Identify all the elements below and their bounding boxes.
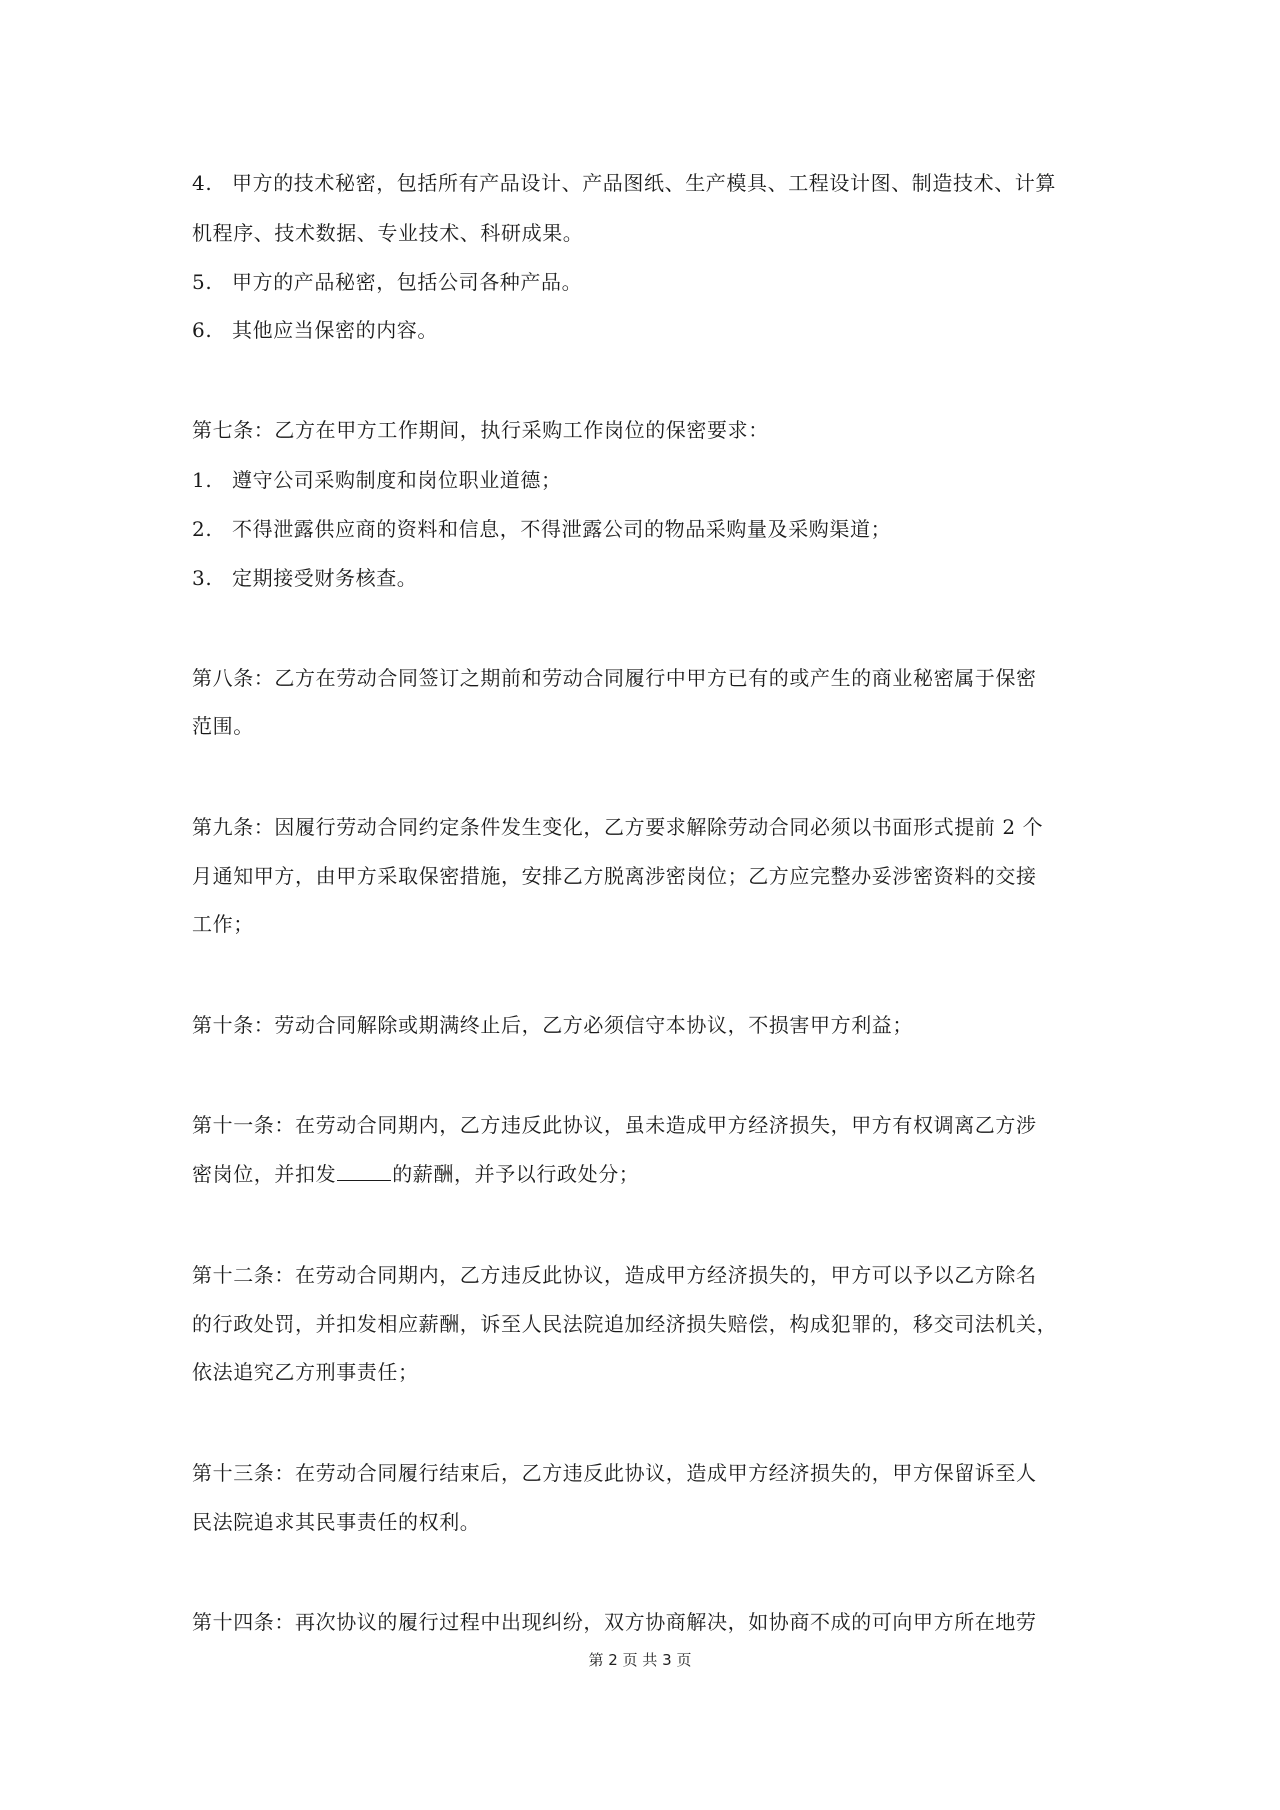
list-item-4-line-1: 4.甲方的技术秘密，包括所有产品设计、产品图纸、生产模具、工程设计图、制造技术、… xyxy=(192,168,1092,198)
list-number: 6. xyxy=(192,315,232,345)
article-11-line-2: 密岗位，并扣发的薪酬，并予以行政处分； xyxy=(192,1159,1092,1189)
list-text: 其他应当保密的内容。 xyxy=(232,318,438,342)
list-number: 3. xyxy=(192,563,232,593)
article-11-text-after-blank: 的薪酬，并予以行政处分； xyxy=(392,1162,639,1186)
list-text: 甲方的技术秘密，包括所有产品设计、产品图纸、生产模具、工程设计图、制造技术、计算 xyxy=(232,171,1056,195)
list-item-4-line-2: 机程序、技术数据、专业技术、科研成果。 xyxy=(192,218,1092,248)
article-13-line-2: 民法院追求其民事责任的权利。 xyxy=(192,1507,1092,1537)
list-text: 甲方的产品秘密，包括公司各种产品。 xyxy=(232,270,582,294)
page-number-footer: 第 2 页 共 3 页 xyxy=(0,1648,1280,1672)
article-9-line-2: 月通知甲方，由甲方采取保密措施，安排乙方脱离涉密岗位；乙方应完整办妥涉密资料的交… xyxy=(192,861,1092,891)
article-7-item-1: 1.遵守公司采购制度和岗位职业道德； xyxy=(192,465,1092,495)
article-11-text-before-blank: 密岗位，并扣发 xyxy=(192,1162,336,1186)
article-7-heading: 第七条：乙方在甲方工作期间，执行采购工作岗位的保密要求： xyxy=(192,415,1092,445)
article-8-line-2: 范围。 xyxy=(192,711,1092,741)
document-page: 4.甲方的技术秘密，包括所有产品设计、产品图纸、生产模具、工程设计图、制造技术、… xyxy=(0,0,1280,1810)
list-number: 4. xyxy=(192,168,232,198)
article-10-line-1: 第十条：劳动合同解除或期满终止后，乙方必须信守本协议，不损害甲方利益； xyxy=(192,1010,1092,1040)
list-item-6: 6.其他应当保密的内容。 xyxy=(192,315,1092,345)
list-number: 2. xyxy=(192,514,232,544)
article-9-line-3: 工作； xyxy=(192,909,1092,939)
article-9-line-1: 第九条：因履行劳动合同约定条件发生变化，乙方要求解除劳动合同必须以书面形式提前 … xyxy=(192,812,1092,842)
article-14-line-1: 第十四条：再次协议的履行过程中出现纠纷，双方协商解决，如协商不成的可向甲方所在地… xyxy=(192,1607,1092,1637)
article-12-line-2: 的行政处罚，并扣发相应薪酬，诉至人民法院追加经济损失赔偿，构成犯罪的，移交司法机… xyxy=(192,1309,1092,1339)
list-text: 遵守公司采购制度和岗位职业道德； xyxy=(232,468,562,492)
list-number: 1. xyxy=(192,465,232,495)
article-12-line-3: 依法追究乙方刑事责任； xyxy=(192,1357,1092,1387)
fill-in-blank[interactable] xyxy=(337,1160,391,1181)
list-number: 5. xyxy=(192,267,232,297)
article-12-line-1: 第十二条：在劳动合同期内，乙方违反此协议，造成甲方经济损失的，甲方可以予以乙方除… xyxy=(192,1260,1092,1290)
list-text: 不得泄露供应商的资料和信息，不得泄露公司的物品采购量及采购渠道； xyxy=(232,517,891,541)
article-8-line-1: 第八条：乙方在劳动合同签订之期前和劳动合同履行中甲方已有的或产生的商业秘密属于保… xyxy=(192,663,1092,693)
list-item-5: 5.甲方的产品秘密，包括公司各种产品。 xyxy=(192,267,1092,297)
list-text: 定期接受财务核查。 xyxy=(232,566,417,590)
article-7-item-2: 2.不得泄露供应商的资料和信息，不得泄露公司的物品采购量及采购渠道； xyxy=(192,514,1092,544)
article-11-line-1: 第十一条：在劳动合同期内，乙方违反此协议，虽未造成甲方经济损失，甲方有权调离乙方… xyxy=(192,1110,1092,1140)
article-7-item-3: 3.定期接受财务核查。 xyxy=(192,563,1092,593)
article-13-line-1: 第十三条：在劳动合同履行结束后，乙方违反此协议，造成甲方经济损失的，甲方保留诉至… xyxy=(192,1458,1092,1488)
